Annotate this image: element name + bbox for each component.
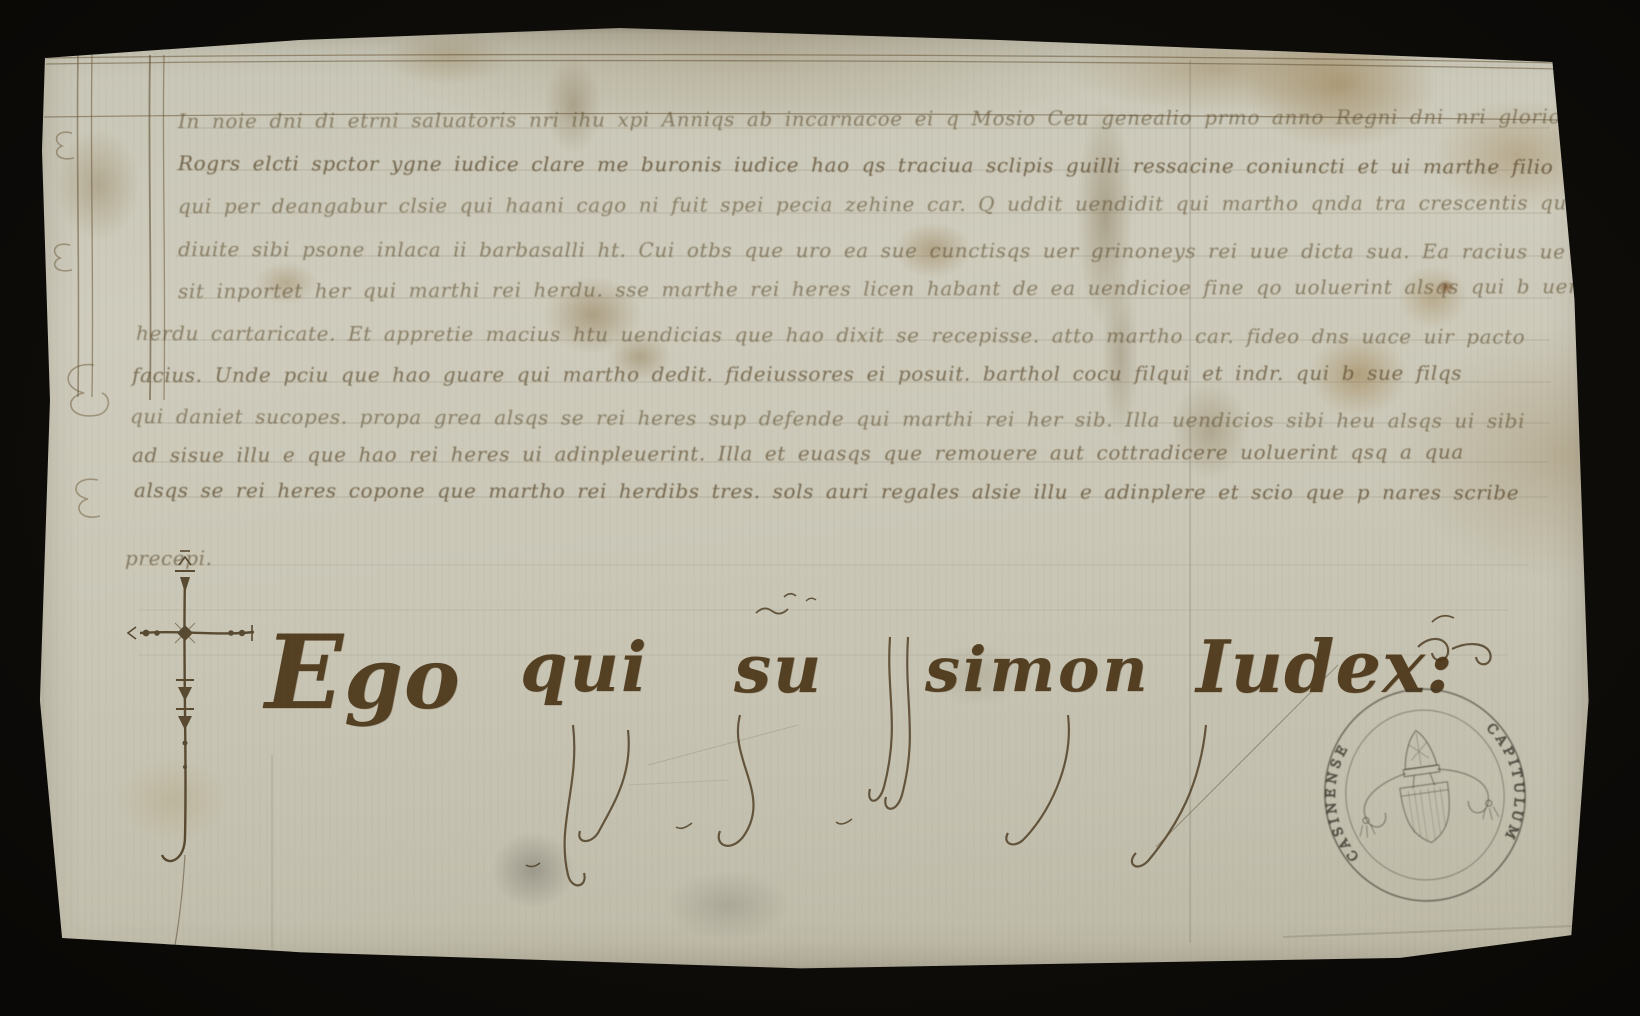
text-line: qui daniet sucopes. propa grea alsqs se …: [130, 404, 1525, 433]
text-line: Rogrs elcti spctor ygne iudice clare me …: [178, 151, 1640, 179]
text-line: ad sisue illu e que hao rei heres ui adi…: [132, 440, 1464, 467]
closing-word-precepi: precepi.: [125, 546, 213, 570]
text-line: qui per deangabur clsie qui haani cago n…: [178, 190, 1640, 218]
stamp-mitre-icon: [1398, 728, 1442, 789]
signature-word-su: su: [734, 636, 823, 702]
stamp-shield-icon: [1400, 782, 1456, 846]
text-line: facius. Unde pciu que hao guare qui mart…: [132, 361, 1462, 387]
photo-backdrop: In noie dni di etrni saluatoris nri ihu …: [0, 0, 1640, 1016]
text-line: In noie dni di etrni saluatoris nri ihu …: [178, 104, 1640, 133]
text-line: herdu cartaricate. Et appretie macius ht…: [136, 321, 1525, 349]
stamp-text-left: CASINENSE: [1316, 738, 1369, 866]
ruling-lines: [44, 55, 1564, 400]
text-line: diuite sibi psone inlaca ii barbasalli h…: [178, 237, 1608, 263]
parchment-document: In noie dni di etrni saluatoris nri ihu …: [28, 25, 1598, 975]
text-line: sit inportet her qui marthi rei herdu. s…: [178, 274, 1631, 303]
signature-word-simon: simon: [925, 639, 1151, 701]
cross-monogram-icon: [128, 551, 254, 969]
signature-word-ego: Ego: [265, 622, 461, 724]
faint-line-rules: [138, 128, 1552, 655]
margin-curls: [55, 40, 134, 517]
archive-stamp: CASINENSE CAPITULUM: [1313, 675, 1538, 915]
signature-word-qui: qui: [520, 634, 649, 702]
text-line: alsqs se rei heres copone que martho rei…: [134, 478, 1519, 504]
